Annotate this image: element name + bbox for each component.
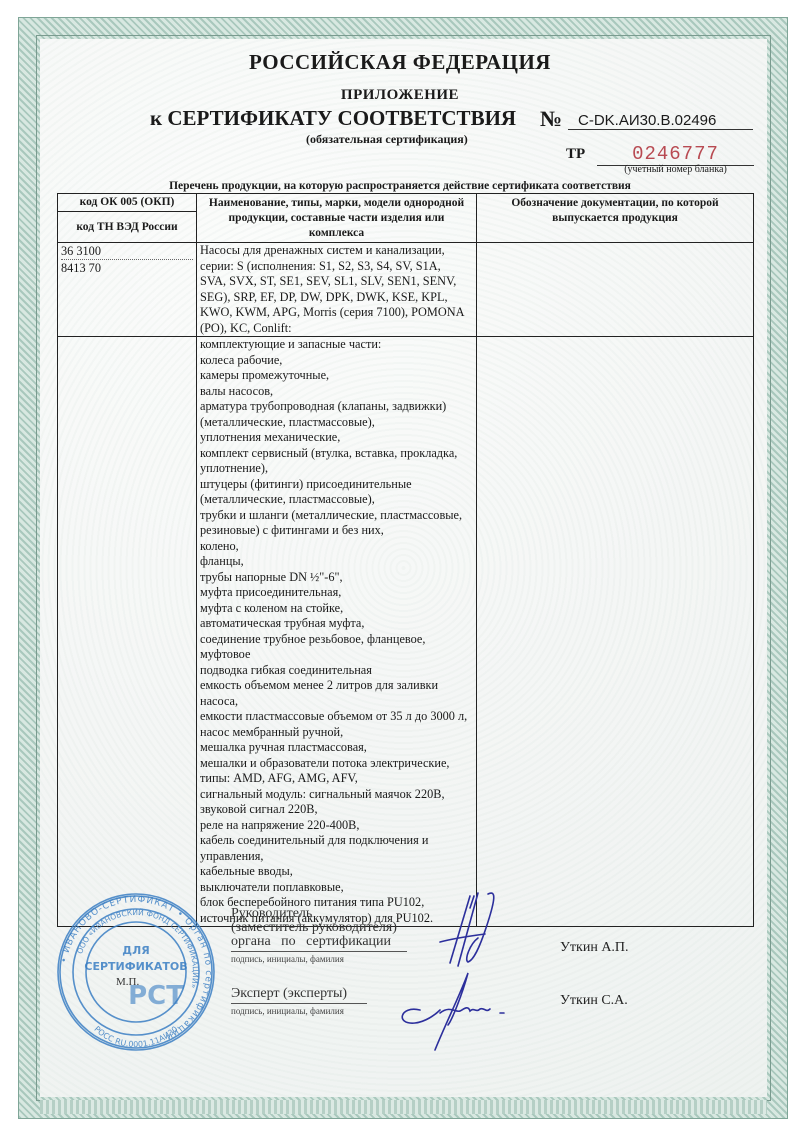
expert-label: Эксперт (эксперты) [231,986,347,1002]
product-line: подводка гибкая соединительная [200,663,473,679]
number-sign: № [540,106,562,132]
head-label: Руководитель (заместитель руководителя) … [231,907,397,949]
product-line: мешалка ручная пластмассовая, [200,740,473,756]
product-line: колено, [200,539,473,555]
product-line: управления, [200,849,473,865]
product-line: насос мембранный ручной, [200,725,473,741]
product-line: комплектующие и запасные части: [200,337,473,353]
product-line: сигнальный модуль: сигнальный маячок 220… [200,787,473,803]
signature-caption: подпись, инициалы, фамилия [231,1006,344,1016]
codes-cell [58,337,197,927]
product-line: валы насосов, [200,384,473,400]
product-line: насоса, [200,694,473,710]
product-line: емкости пластмассовые объемом от 35 л до… [200,709,473,725]
product-line: SVA, SVX, ST, SE1, SEV, SL1, SLV, SEN1, … [200,274,473,290]
product-line: мешалки и образователи потока электричес… [200,756,473,772]
certificate-number: C-DK.АИ30.В.02496 [568,112,753,130]
header-documentation: Обозначение документации, по которой вып… [477,194,754,243]
signature-line [231,1003,367,1004]
product-line: трубки и шланги (металлические, пластмас… [200,508,473,524]
product-line: арматура трубопроводная (клапаны, задвиж… [200,399,473,415]
stamp-center-line-2: СЕРТИФИКАТОВ [84,960,187,973]
documentation-cell [477,243,754,337]
certification-type: (обязательная сертификация) [306,132,468,147]
product-cell: Насосы для дренажных систем и канализаци… [197,243,477,337]
product-line: кабель соединительный для подключения и [200,833,473,849]
stamp-bottom-text: РОСС RU.0001.11АИ30 [92,1024,179,1049]
expert-signature [390,965,520,1055]
certification-stamp: • ИВАНОВО-СЕРТИФИКАТ • Орган по сертифик… [56,892,216,1052]
form-number-caption: (учетный номер бланка) [597,164,754,175]
expert-name: Уткин С.А. [560,993,628,1009]
product-line: (PO), KC, Conlift: [200,321,473,337]
product-line: звуковой сигнал 220В, [200,802,473,818]
product-line: кабельные вводы, [200,864,473,880]
header-product-name: Наименование, типы, марки, модели одноро… [197,194,477,243]
product-line: SEG), SRP, EF, DP, DW, DPK, DWK, KSE, KP… [200,290,473,306]
product-line: колеса рабочие, [200,353,473,369]
product-line: емкость объемом менее 2 литров для залив… [200,678,473,694]
annex-title: ПРИЛОЖЕНИЕ [0,87,800,104]
head-name: Уткин А.П. [560,940,629,956]
product-line: муфта с коленом на стойке, [200,601,473,617]
product-list-title: Перечень продукции, на которую распростр… [0,180,800,192]
microtext-band [40,1100,767,1114]
certificate-title: к СЕРТИФИКАТУ СООТВЕТСТВИЯ [150,106,516,131]
product-line: соединение трубное резьбовое, фланцевое, [200,632,473,648]
product-line: трубы напорные DN ½"-6", [200,570,473,586]
stamp-mp: М.П. [116,976,139,988]
product-line: KWO, KWM, APG, Morris (серия 7100), POMO… [200,305,473,321]
product-line: типы: AMD, AFG, AMG, AFV, [200,771,473,787]
product-line: штуцеры (фитинги) присоединительные [200,477,473,493]
product-line: муфта присоединительная, [200,585,473,601]
product-line: фланцы, [200,554,473,570]
country-title: РОССИЙСКАЯ ФЕДЕРАЦИЯ [0,50,800,75]
product-line: муфтовое [200,647,473,663]
product-line: (металлические, пластмассовые), [200,415,473,431]
head-signature [430,888,510,968]
tp-label: ТР [566,146,585,163]
product-line: серии: S (исполнения: S1, S2, S3, S4, SV… [200,259,473,275]
product-lines: Насосы для дренажных систем и канализаци… [200,243,473,336]
code-tnved: 8413 70 [61,260,193,276]
signature-caption: подпись, инициалы, фамилия [231,954,344,964]
header-code-tnved: код ТН ВЭД России [58,212,197,243]
table-row: 36 3100 8413 70 Насосы для дренажных сис… [58,243,754,337]
code-okp: 36 3100 [61,243,193,260]
codes-cell: 36 3100 8413 70 [58,243,197,337]
product-line: уплотнение), [200,461,473,477]
table-row: комплектующие и запасные части:колеса ра… [58,337,754,927]
product-table: код ОК 005 (ОКП) Наименование, типы, мар… [57,193,754,927]
product-line: камеры промежуточные, [200,368,473,384]
product-cell: комплектующие и запасные части:колеса ра… [197,337,477,927]
product-line: уплотнения механические, [200,430,473,446]
product-line: реле на напряжение 220-400В, [200,818,473,834]
documentation-cell [477,337,754,927]
signature-line [231,951,407,952]
product-line: автоматическая трубная муфта, [200,616,473,632]
form-number: 0246777 [597,143,754,166]
product-line: комплект сервисный (втулка, вставка, про… [200,446,473,462]
svg-text:РОСС RU.0001.11АИ30: РОСС RU.0001.11АИ30 [92,1024,179,1049]
product-lines: комплектующие и запасные части:колеса ра… [200,337,473,926]
stamp-center-line-1: ДЛЯ [122,944,149,957]
header-code-okp: код ОК 005 (ОКП) [58,194,197,212]
product-line: (металлические, пластмассовые), [200,492,473,508]
product-line: Насосы для дренажных систем и канализаци… [200,243,473,259]
product-line: резиновые) с фитингами и без них, [200,523,473,539]
